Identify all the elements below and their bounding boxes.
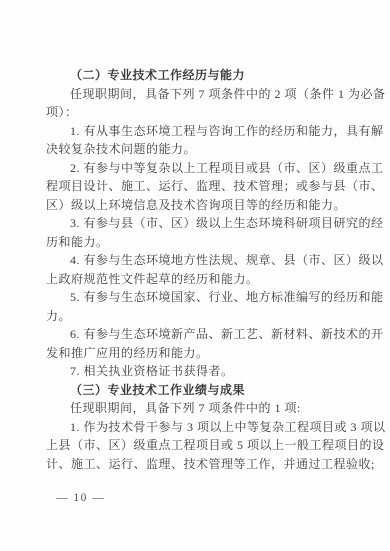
section-heading-3: （三）专业技术工作业绩与成果 (46, 381, 349, 400)
clause-3-line: 3. 有参与县（市、区）级以上生态环境科研项目研究的经 (46, 214, 349, 233)
clause-3-line: 历和能力。 (46, 233, 349, 252)
clause-2-line: 区）级以上环境信息及技术咨询项目等的经历和能力。 (46, 196, 349, 215)
document-body: （二）专业技术工作经历与能力 任现职期间，具备下列 7 项条件中的 2 项（条件… (46, 66, 349, 473)
clause-6-line: 6. 有参与生态环境新产品、新工艺、新材料、新技术的开 (46, 325, 349, 344)
clause-7-line: 7. 相关执业资格证书获得者。 (46, 362, 349, 381)
clause-2-line: 程项目设计、施工、运行、监理、技术管理；或参与县（市、 (46, 177, 349, 196)
body-line: 任现职期间，具备下列 7 项条件中的 1 项: (46, 399, 349, 418)
section-heading-2: （二）专业技术工作经历与能力 (46, 66, 349, 85)
clause-6-line: 发和推广应用的经历和能力。 (46, 344, 349, 363)
clause-4-line: 4. 有参与生态环境地方性法规、规章、县（市、区）级以 (46, 251, 349, 270)
clause-1-line: 决较复杂技术问题的能力。 (46, 140, 349, 159)
clause-2-line: 2. 有参与中等复杂以上工程项目或县（市、区）级重点工 (46, 159, 349, 178)
clause-1b-line: 计、施工、运行、监理、技术管理等工作，并通过工程验收; (46, 455, 349, 474)
clause-4-line: 上政府规范性文件起草的经历和能力。 (46, 270, 349, 289)
clause-1b-line: 1. 作为技术骨干参与 3 项以上中等复杂工程项目或 3 项以 (46, 418, 349, 437)
page-number: — 10 — (56, 492, 105, 504)
document-page: （二）专业技术工作经历与能力 任现职期间，具备下列 7 项条件中的 2 项（条件… (0, 0, 390, 551)
clause-1-line: 1. 有从事生态环境工程与咨询工作的经历和能力，具有解 (46, 122, 349, 141)
clause-5-line: 5. 有参与生态环境国家、行业、地方标准编写的经历和能 (46, 288, 349, 307)
clause-1b-line: 上县（市、区）级重点工程项目或 5 项以上一般工程项目的设 (46, 436, 349, 455)
body-line: 任现职期间，具备下列 7 项条件中的 2 项（条件 1 为必备 (46, 85, 349, 104)
clause-5-line: 力。 (46, 307, 349, 326)
body-line: 项）： (46, 103, 349, 122)
